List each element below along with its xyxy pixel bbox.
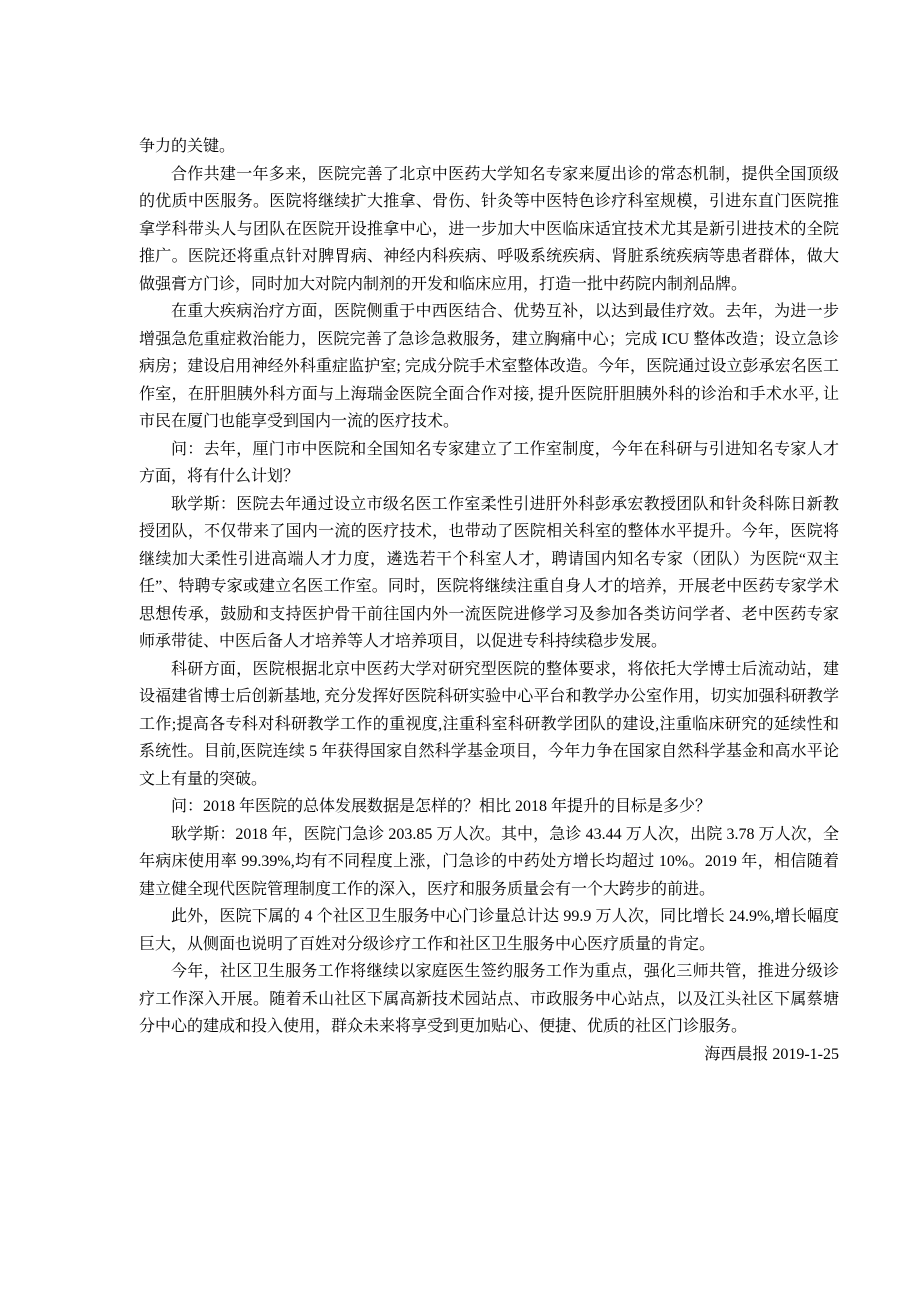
paragraph-answer: 耿学斯：2018 年，医院门急诊 203.85 万人次。其中，急诊 43.44 … (139, 821, 839, 904)
document-body: 争力的关键。 合作共建一年多来，医院完善了北京中医药大学知名专家来厦出诊的常态机… (139, 133, 839, 1068)
paragraph: 科研方面，医院根据北京中医药大学对研究型医院的整体要求，将依托大学博士后流动站，… (139, 656, 839, 794)
byline: 海西晨报 2019-1-25 (139, 1041, 839, 1069)
paragraph-question: 问：去年，厘门市中医院和全国知名专家建立了工作室制度，今年在科研与引进知名专家人… (139, 436, 839, 491)
paragraph: 合作共建一年多来，医院完善了北京中医药大学知名专家来厦出诊的常态机制，提供全国顶… (139, 161, 839, 299)
document-page: 争力的关键。 合作共建一年多来，医院完善了北京中医药大学知名专家来厦出诊的常态机… (0, 0, 920, 1301)
paragraph-answer: 耿学斯：医院去年通过设立市级名医工作室柔性引进肝外科彭承宏教授团队和针灸科陈日新… (139, 491, 839, 656)
paragraph-question: 问：2018 年医院的总体发展数据是怎样的？相比 2018 年提升的目标是多少？ (139, 793, 839, 821)
paragraph: 今年，社区卫生服务工作将继续以家庭医生签约服务工作为重点，强化三师共管，推进分级… (139, 958, 839, 1041)
paragraph: 此外，医院下属的 4 个社区卫生服务中心门诊量总计达 99.9 万人次，同比增长… (139, 903, 839, 958)
paragraph-continuation: 争力的关键。 (139, 133, 839, 161)
paragraph: 在重大疾病治疗方面，医院侧重于中西医结合、优势互补，以达到最佳疗效。去年，为进一… (139, 298, 839, 436)
